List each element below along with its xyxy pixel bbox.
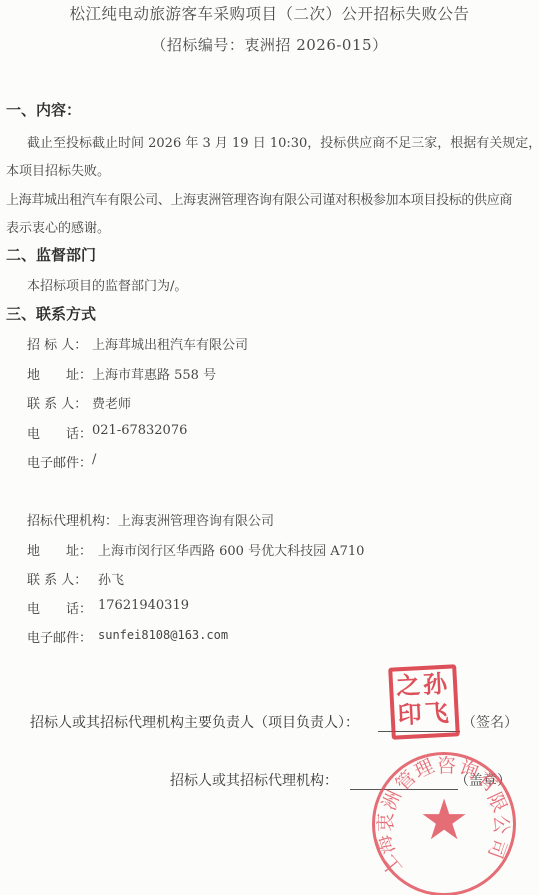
agency-phone-label-suffix: 话： bbox=[66, 598, 92, 617]
agency-email: sunfei8108@163.com bbox=[98, 628, 228, 642]
agency-label: 招标代理机构： bbox=[27, 510, 118, 529]
agency-phone: 17621940319 bbox=[98, 598, 189, 613]
seal-char: 司 bbox=[484, 836, 508, 860]
section-heading-content: 一、内容： bbox=[6, 99, 81, 120]
agency-contact-label: 联 系 人： bbox=[27, 569, 87, 588]
star-icon: ★ bbox=[419, 793, 469, 849]
seal-char: 衷 bbox=[377, 813, 396, 832]
agency-address-label-suffix: 址： bbox=[66, 540, 92, 559]
seal-char: 飞 bbox=[424, 701, 449, 726]
supervision-text: 本招标项目的监督部门为/。 bbox=[27, 275, 187, 294]
responsible-signature-label: 招标人或其招标代理机构主要负责人（项目负责人）： bbox=[30, 712, 359, 732]
seal-char: 公 bbox=[491, 815, 510, 834]
tenderer-phone-label-suffix: 话： bbox=[66, 423, 92, 442]
tenderer-label: 招 标 人： bbox=[27, 334, 87, 353]
agency-name: 上海衷洲管理咨询有限公司 bbox=[118, 510, 274, 529]
document-title: 松江纯电动旅游客车采购项目（二次）公开招标失败公告 bbox=[0, 2, 539, 24]
tenderer-email-label: 电子邮件： bbox=[27, 452, 92, 471]
tenderer-name: 上海茸城出租汽车有限公司 bbox=[92, 334, 248, 353]
tenderer-contact-label: 联 系 人： bbox=[27, 393, 87, 412]
personal-seal: 孙 之 飞 印 bbox=[388, 664, 460, 739]
signature-suffix: （签名） bbox=[462, 712, 518, 732]
agency-email-label: 电子邮件： bbox=[27, 627, 92, 646]
tenderer-contact-person: 费老师 bbox=[92, 393, 131, 412]
tenderer-address-label: 地 bbox=[27, 364, 40, 383]
agency-phone-label: 电 bbox=[27, 598, 40, 617]
tenderer-email: / bbox=[92, 452, 96, 467]
agency-seal-label: 招标人或其招标代理机构： bbox=[170, 770, 338, 790]
content-paragraph-line: 截止至投标截止时间 2026 年 3 月 19 日 10:30，投标供应商不足三… bbox=[27, 132, 539, 151]
content-paragraph-line: 上海茸城出租汽车有限公司、上海衷洲管理咨询有限公司谨对积极参加本项目投标的供应商 bbox=[6, 189, 512, 208]
tenderer-phone: 021-67832076 bbox=[92, 423, 187, 438]
seal-char: 之 bbox=[396, 673, 421, 698]
content-paragraph-line: 本项目招标失败。 bbox=[6, 160, 110, 179]
tenderer-address-label-suffix: 址： bbox=[66, 364, 92, 383]
agency-address-label: 地 bbox=[27, 540, 40, 559]
agency-address: 上海市闵行区华西路 600 号优大科技园 A710 bbox=[98, 540, 364, 559]
tender-number: （招标编号：衷洲招 2026-015） bbox=[0, 34, 539, 55]
seal-char: 洲 bbox=[380, 788, 405, 813]
section-heading-supervision: 二、监督部门 bbox=[6, 244, 96, 265]
company-seal: ★ 上 海 衷 洲 管 理 咨 询 有 限 公 司 bbox=[372, 752, 516, 895]
seal-char: 孙 bbox=[422, 672, 447, 697]
seal-char: 咨 bbox=[437, 757, 456, 776]
content-paragraph-line: 表示衷心的感谢。 bbox=[6, 217, 110, 236]
tenderer-address: 上海市茸惠路 558 号 bbox=[92, 364, 216, 383]
seal-char: 印 bbox=[397, 702, 422, 727]
section-heading-contact: 三、联系方式 bbox=[6, 303, 96, 324]
tenderer-phone-label: 电 bbox=[27, 423, 40, 442]
agency-contact-person: 孙飞 bbox=[98, 569, 124, 588]
